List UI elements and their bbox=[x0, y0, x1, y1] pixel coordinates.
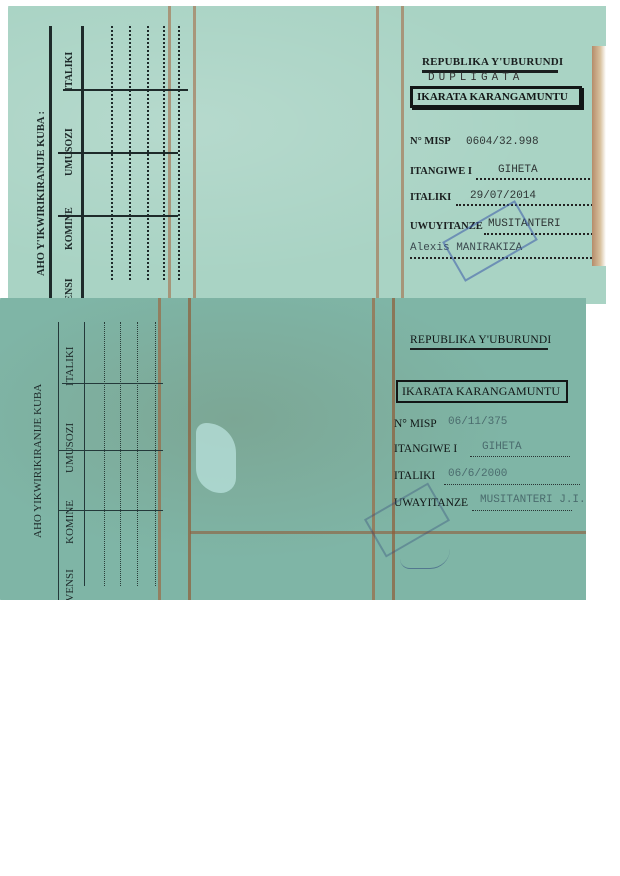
column-divider bbox=[58, 152, 178, 154]
fold-crease bbox=[372, 298, 375, 600]
column-divider bbox=[58, 215, 178, 217]
entry-line bbox=[163, 26, 165, 280]
registry-heading: AHO YIKWIRIKIRANIJE KUBA bbox=[32, 384, 44, 538]
torn-edge bbox=[592, 46, 606, 266]
field-label-date: ITALIKI bbox=[410, 192, 451, 203]
column-header-komine: KOMINE bbox=[64, 500, 76, 544]
entry-line bbox=[129, 26, 131, 280]
field-value-date: 06/6/2000 bbox=[448, 468, 507, 480]
dotted-line bbox=[456, 204, 596, 206]
fold-crease bbox=[193, 6, 196, 304]
dotted-line bbox=[444, 484, 580, 485]
field-label-misp: N° MISP bbox=[394, 418, 437, 430]
field-label-issued-at: ITANGIWE I bbox=[410, 166, 472, 177]
entry-line bbox=[147, 26, 149, 280]
id-card-top: AHO Y'IKWIRIKIRANIJE KUBA : PROVENSI KOM… bbox=[8, 6, 606, 304]
rule bbox=[84, 322, 85, 586]
rule bbox=[58, 322, 59, 600]
official-stamp bbox=[442, 200, 538, 282]
dotted-line bbox=[470, 456, 570, 457]
field-value-date: 29/07/2014 bbox=[470, 190, 536, 202]
republic-heading: REPUBLIKA Y'UBURUNDI bbox=[422, 56, 563, 68]
card-title: IKARATA KARANGAMUNTU bbox=[410, 86, 582, 108]
column-header-umusozi: UMUSOZI bbox=[64, 423, 76, 473]
id-card-bottom: AHO YIKWIRIKIRANIJE KUBA PROVENSI KOMINE… bbox=[0, 298, 586, 600]
entry-line bbox=[155, 322, 156, 586]
entry-line bbox=[137, 322, 138, 586]
entry-line bbox=[111, 26, 113, 280]
field-label-issued-at: ITANGIWE I bbox=[394, 443, 457, 455]
field-label-date: ITALIKI bbox=[394, 470, 435, 482]
heading-underline bbox=[410, 348, 548, 350]
column-divider bbox=[58, 510, 163, 511]
field-value-issued-at: GIHETA bbox=[482, 441, 522, 453]
fold-crease bbox=[376, 6, 379, 304]
column-divider bbox=[63, 89, 188, 91]
fold-crease bbox=[401, 6, 404, 304]
column-header-italiki: ITALIKI bbox=[64, 52, 75, 91]
column-divider bbox=[58, 450, 163, 451]
column-header-komine: KOMINE bbox=[64, 207, 75, 250]
dotted-line bbox=[472, 510, 572, 511]
fold-crease bbox=[158, 298, 161, 600]
entry-line bbox=[178, 26, 180, 280]
rule bbox=[81, 26, 84, 304]
registry-heading: AHO Y'IKWIRIKIRANIJE KUBA : bbox=[36, 111, 47, 276]
column-divider bbox=[62, 383, 163, 384]
entry-line bbox=[120, 322, 121, 586]
field-value-misp: 0604/32.998 bbox=[466, 136, 539, 148]
column-header-provensi: PROVENSI bbox=[64, 569, 76, 600]
column-header-italiki: ITALIKI bbox=[64, 347, 76, 386]
entry-line bbox=[104, 322, 105, 586]
fold-crease bbox=[188, 298, 191, 600]
rule bbox=[49, 26, 52, 304]
dotted-line bbox=[476, 178, 594, 180]
field-label-misp: N° MISP bbox=[410, 136, 451, 147]
field-value-issued-at: GIHETA bbox=[498, 164, 538, 176]
field-value-issuer: MUSITANTERI J.I. bbox=[480, 494, 586, 506]
republic-heading: REPUBLIKA Y'UBURUNDI bbox=[410, 334, 551, 346]
duplicate-mark: DUPLIGATA bbox=[428, 72, 523, 84]
worn-patch bbox=[196, 423, 236, 493]
field-value-misp: 06/11/375 bbox=[448, 416, 507, 428]
signature-scribble bbox=[400, 538, 450, 569]
fold-crease bbox=[168, 6, 171, 304]
card-title: IKARATA KARANGAMUNTU bbox=[396, 380, 568, 403]
